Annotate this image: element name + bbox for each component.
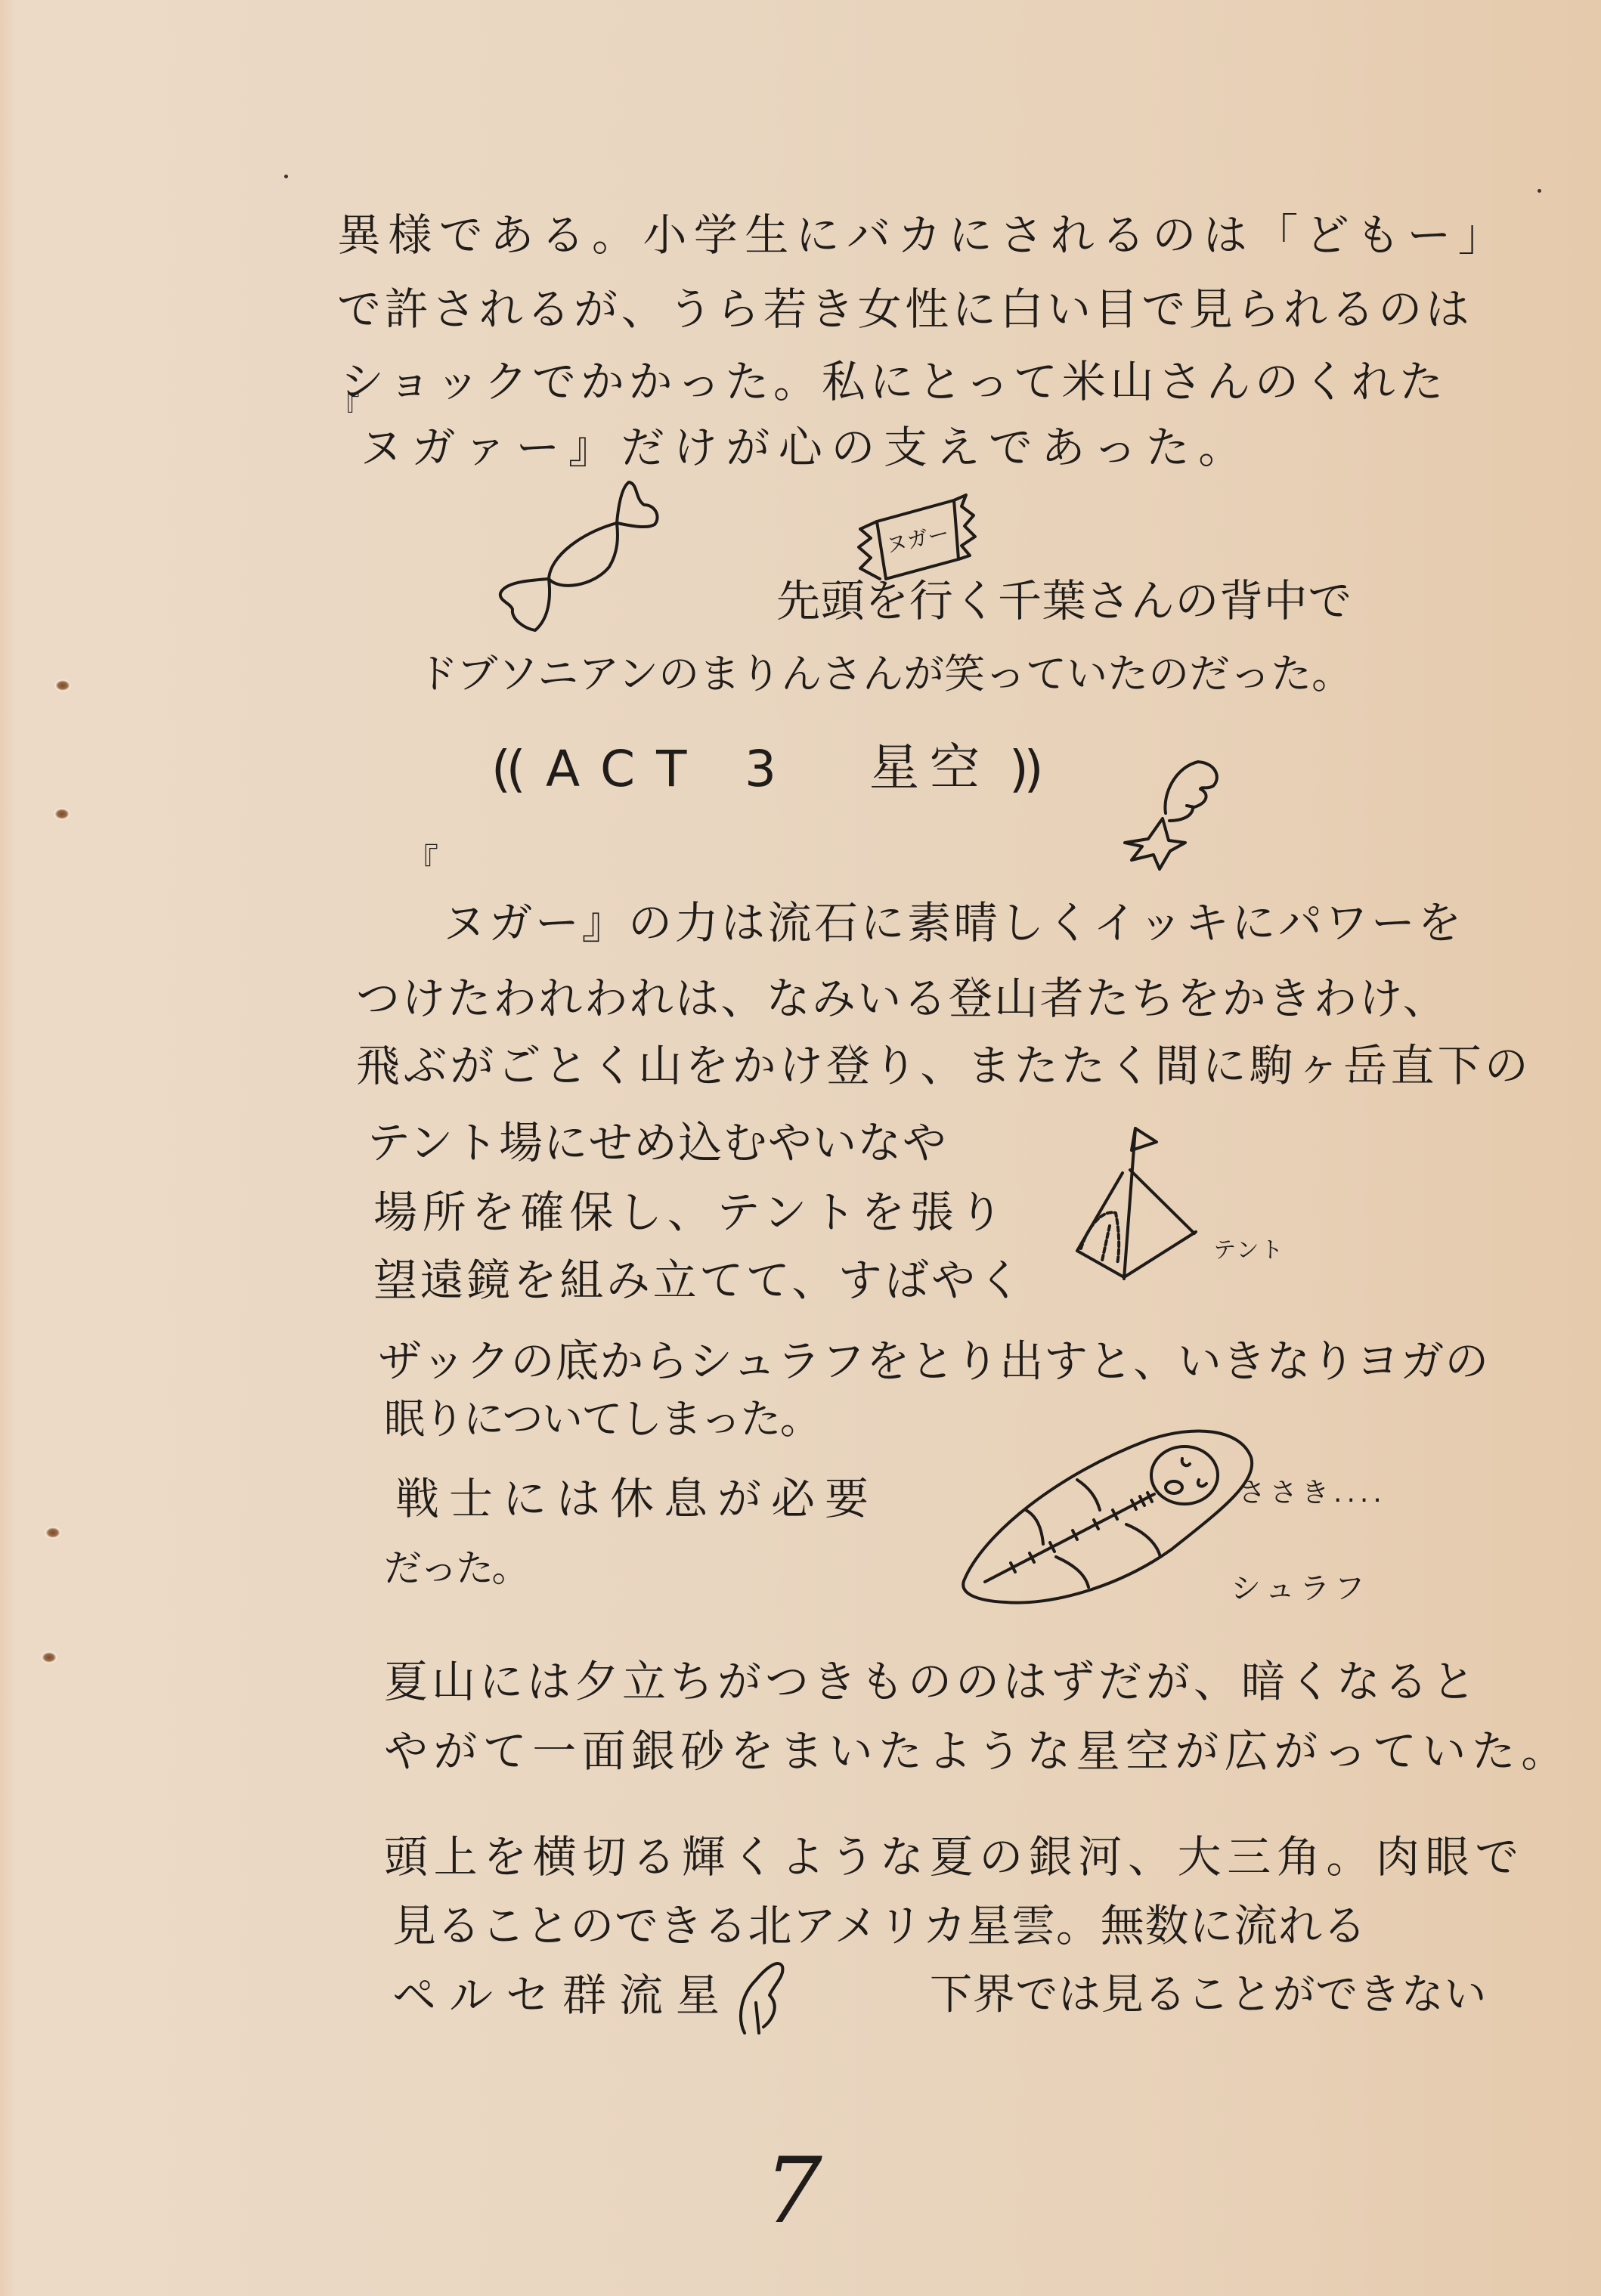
candy-icon xyxy=(500,482,658,630)
candy-wrapper-icon xyxy=(859,495,975,579)
sleeping-bag-icon xyxy=(963,1431,1252,1602)
drawings-layer xyxy=(0,0,1601,2296)
meteor-doodle-icon xyxy=(741,1963,782,2033)
notebook-page: 異様である。小学生にバカにされるのは「どもー」 で許されるが、うら若き女性に白い… xyxy=(0,0,1601,2296)
shooting-star-icon xyxy=(1125,762,1217,869)
tent-icon xyxy=(1077,1128,1196,1279)
